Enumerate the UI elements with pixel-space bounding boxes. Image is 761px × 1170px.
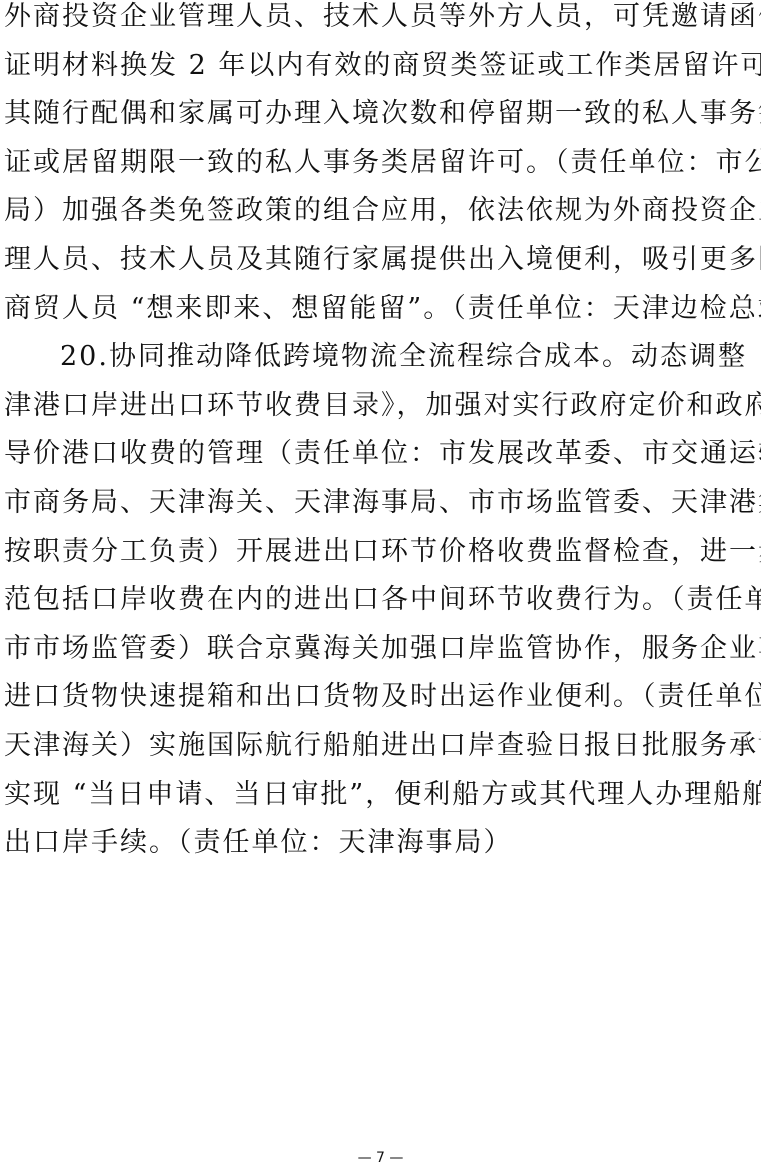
text-line: 证或居留期限一致的私人事务类居留许可。（责任单位：市公安	[4, 139, 749, 188]
text-line: 出口岸手续。（责任单位：天津海事局）	[4, 819, 749, 868]
section-heading-line: 20.协同推动降低跨境物流全流程综合成本。动态调整《天	[4, 333, 749, 382]
text-line: 天津海关）实施国际航行船舶进出口岸查验日报日批服务承诺，	[4, 722, 749, 771]
text-line: 外商投资企业管理人员、技术人员等外方人员，可凭邀请函件等	[4, 0, 749, 42]
text-line: 商贸人员 “想来即来、想留能留”。（责任单位：天津边检总站）	[4, 285, 749, 334]
page-number: — 7 —	[0, 1150, 761, 1166]
text-line: 市商务局、天津海关、天津海事局、市市场监管委、天津港集团	[4, 479, 749, 528]
text-line: 范包括口岸收费在内的进出口各中间环节收费行为。（责任单位：	[4, 576, 749, 625]
text-line: 津港口岸进出口环节收费目录》，加强对实行政府定价和政府指	[4, 382, 749, 431]
text-line: 局）加强各类免签政策的组合应用，依法依规为外商投资企业管	[4, 187, 749, 236]
text-line: 进口货物快速提箱和出口货物及时出运作业便利。（责任单位：	[4, 673, 749, 722]
text-line: 理人员、技术人员及其随行家属提供出入境便利，吸引更多国际	[4, 236, 749, 285]
text-line: 证明材料换发 2 年以内有效的商贸类签证或工作类居留许可，对	[4, 42, 749, 91]
text-line: 市市场监管委）联合京冀海关加强口岸监管协作，服务企业享受	[4, 625, 749, 674]
text-line: 导价港口收费的管理（责任单位：市发展改革委、市交通运输委、	[4, 430, 749, 479]
text-line: 按职责分工负责）开展进出口环节价格收费监督检查，进一步规	[4, 528, 749, 577]
text-line: 其随行配偶和家属可办理入境次数和停留期一致的私人事务签	[4, 90, 749, 139]
document-page: 外商投资企业管理人员、技术人员等外方人员，可凭邀请函件等 证明材料换发 2 年以…	[0, 0, 761, 1170]
body-text: 外商投资企业管理人员、技术人员等外方人员，可凭邀请函件等 证明材料换发 2 年以…	[4, 0, 749, 868]
text-line: 实现 “当日申请、当日审批”，便利船方或其代理人办理船舶进	[4, 771, 749, 820]
